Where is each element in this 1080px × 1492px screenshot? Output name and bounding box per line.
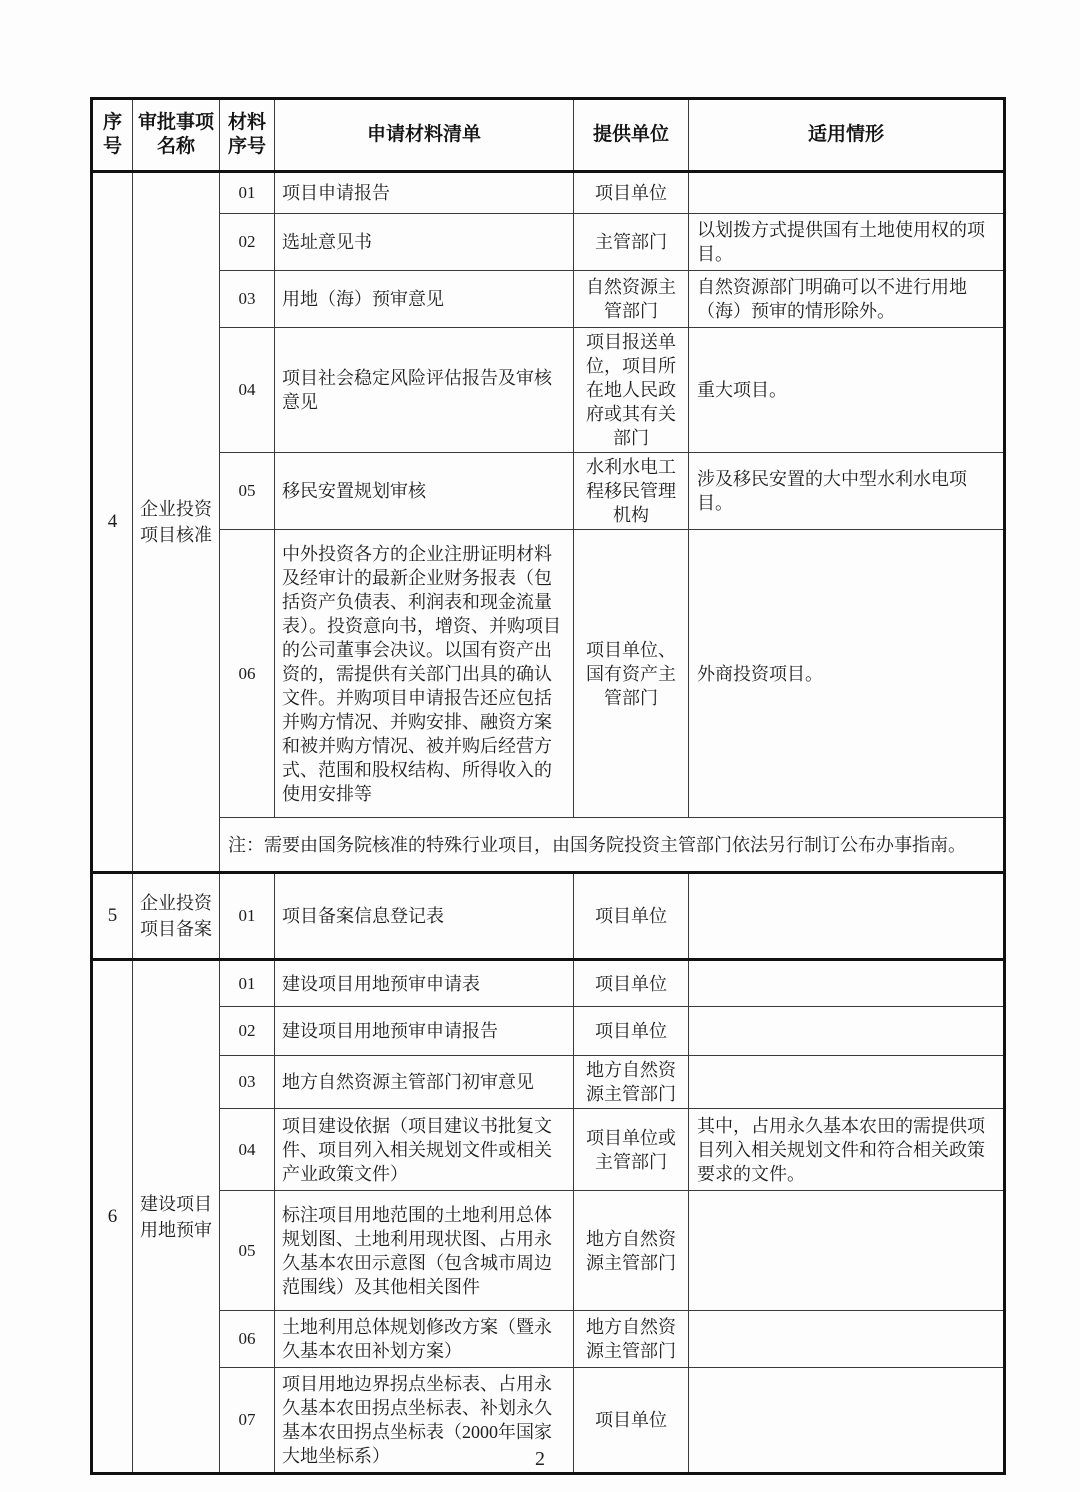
table-row: 03 用地（海）预审意见 自然资源主管部门 自然资源部门明确可以不进行用地（海）…: [92, 271, 1005, 328]
material-name: 选址意见书: [275, 214, 574, 271]
material-name: 项目建设依据（项目建议书批复文件、项目列入相关规划文件或相关产业政策文件）: [275, 1109, 574, 1191]
applicable-scope: [689, 1311, 1005, 1368]
applicable-scope: [689, 1007, 1005, 1056]
header-col-materials: 申请材料清单: [275, 99, 574, 172]
section-note-row: 注：需要由国务院核准的特殊行业项目，由国务院投资主管部门依法另行制订公布办事指南…: [92, 818, 1005, 873]
material-name: 建设项目用地预审申请报告: [275, 1007, 574, 1056]
material-name: 用地（海）预审意见: [275, 271, 574, 328]
material-name: 项目申请报告: [275, 172, 574, 214]
table-row: 02 建设项目用地预审申请报告 项目单位: [92, 1007, 1005, 1056]
material-no: 01: [220, 873, 275, 960]
provider-unit: 主管部门: [574, 214, 689, 271]
table-row: 05 移民安置规划审核 水利水电工程移民管理机构 涉及移民安置的大中型水利水电项…: [92, 453, 1005, 530]
material-name: 标注项目用地范围的土地利用总体规划图、土地利用现状图、占用永久基本农田示意图（包…: [275, 1191, 574, 1311]
provider-unit: 项目单位: [574, 960, 689, 1007]
table-row: 02 选址意见书 主管部门 以划拨方式提供国有土地使用权的项目。: [92, 214, 1005, 271]
table-header-row: 序号 审批事项名称 材料序号 申请材料清单 提供单位 适用情形: [92, 99, 1005, 172]
section-index: 6: [92, 960, 133, 1474]
section-item-name: 建设项目用地预审: [133, 960, 220, 1474]
page-number: 2: [0, 1448, 1080, 1471]
applicable-scope: 外商投资项目。: [689, 530, 1005, 818]
material-name: 项目社会稳定风险评估报告及审核意见: [275, 328, 574, 453]
header-col-provider: 提供单位: [574, 99, 689, 172]
material-no: 05: [220, 1191, 275, 1311]
document-page: 序号 审批事项名称 材料序号 申请材料清单 提供单位 适用情形 4 企业投资项目…: [0, 0, 1080, 1492]
provider-unit: 项目单位: [574, 172, 689, 214]
applicable-scope: [689, 873, 1005, 960]
material-no: 04: [220, 328, 275, 453]
provider-unit: 项目单位: [574, 873, 689, 960]
table-row: 5 企业投资项目备案 01 项目备案信息登记表 项目单位: [92, 873, 1005, 960]
table-row: 06 土地利用总体规划修改方案（暨永久基本农田补划方案） 地方自然资源主管部门: [92, 1311, 1005, 1368]
provider-unit: 地方自然资源主管部门: [574, 1311, 689, 1368]
applicable-scope: 自然资源部门明确可以不进行用地（海）预审的情形除外。: [689, 271, 1005, 328]
material-no: 03: [220, 271, 275, 328]
section-note: 注：需要由国务院核准的特殊行业项目，由国务院投资主管部门依法另行制订公布办事指南…: [220, 818, 1005, 873]
applicable-scope: [689, 960, 1005, 1007]
provider-unit: 地方自然资源主管部门: [574, 1191, 689, 1311]
header-col-material-no: 材料序号: [220, 99, 275, 172]
material-no: 03: [220, 1056, 275, 1109]
material-no: 06: [220, 1311, 275, 1368]
applicable-scope: 以划拨方式提供国有土地使用权的项目。: [689, 214, 1005, 271]
material-no: 06: [220, 530, 275, 818]
table-row: 6 建设项目用地预审 01 建设项目用地预审申请表 项目单位: [92, 960, 1005, 1007]
section-index: 5: [92, 873, 133, 960]
header-col-scope: 适用情形: [689, 99, 1005, 172]
table-row: 04 项目建设依据（项目建议书批复文件、项目列入相关规划文件或相关产业政策文件）…: [92, 1109, 1005, 1191]
applicable-scope: 涉及移民安置的大中型水利水电项目。: [689, 453, 1005, 530]
table-row: 06 中外投资各方的企业注册证明材料及经审计的最新企业财务报表（包括资产负债表、…: [92, 530, 1005, 818]
material-name: 中外投资各方的企业注册证明材料及经审计的最新企业财务报表（包括资产负债表、利润表…: [275, 530, 574, 818]
section-index: 4: [92, 172, 133, 873]
material-name: 移民安置规划审核: [275, 453, 574, 530]
table-row: 04 项目社会稳定风险评估报告及审核意见 项目报送单位，项目所在地人民政府或其有…: [92, 328, 1005, 453]
material-no: 04: [220, 1109, 275, 1191]
table-row: 03 地方自然资源主管部门初审意见 地方自然资源主管部门: [92, 1056, 1005, 1109]
header-col-index: 序号: [92, 99, 133, 172]
material-name: 土地利用总体规划修改方案（暨永久基本农田补划方案）: [275, 1311, 574, 1368]
provider-unit: 项目单位、国有资产主管部门: [574, 530, 689, 818]
material-no: 05: [220, 453, 275, 530]
material-name: 项目备案信息登记表: [275, 873, 574, 960]
provider-unit: 地方自然资源主管部门: [574, 1056, 689, 1109]
header-col-item-name: 审批事项名称: [133, 99, 220, 172]
provider-unit: 项目单位或主管部门: [574, 1109, 689, 1191]
material-no: 01: [220, 172, 275, 214]
material-no: 01: [220, 960, 275, 1007]
material-name: 地方自然资源主管部门初审意见: [275, 1056, 574, 1109]
applicable-scope: 其中，占用永久基本农田的需提供项目列入相关规划文件和符合相关政策要求的文件。: [689, 1109, 1005, 1191]
material-name: 建设项目用地预审申请表: [275, 960, 574, 1007]
provider-unit: 项目报送单位，项目所在地人民政府或其有关部门: [574, 328, 689, 453]
provider-unit: 水利水电工程移民管理机构: [574, 453, 689, 530]
table-row: 4 企业投资项目核准 01 项目申请报告 项目单位: [92, 172, 1005, 214]
section-item-name: 企业投资项目核准: [133, 172, 220, 873]
material-no: 02: [220, 214, 275, 271]
section-item-name: 企业投资项目备案: [133, 873, 220, 960]
table-row: 05 标注项目用地范围的土地利用总体规划图、土地利用现状图、占用永久基本农田示意…: [92, 1191, 1005, 1311]
approval-materials-table: 序号 审批事项名称 材料序号 申请材料清单 提供单位 适用情形 4 企业投资项目…: [90, 97, 1006, 1475]
material-no: 02: [220, 1007, 275, 1056]
applicable-scope: [689, 172, 1005, 214]
applicable-scope: 重大项目。: [689, 328, 1005, 453]
provider-unit: 项目单位: [574, 1007, 689, 1056]
provider-unit: 自然资源主管部门: [574, 271, 689, 328]
applicable-scope: [689, 1056, 1005, 1109]
applicable-scope: [689, 1191, 1005, 1311]
